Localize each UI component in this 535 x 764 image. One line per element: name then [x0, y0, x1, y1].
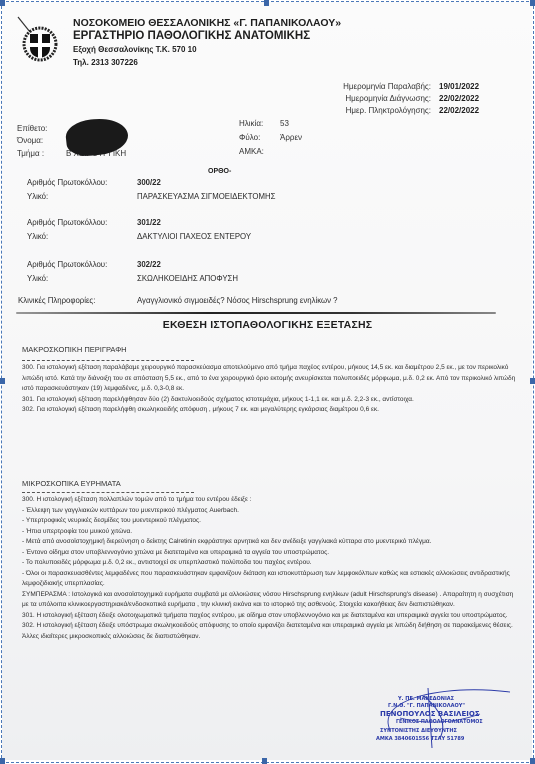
protocol-value: 301/22 — [137, 218, 161, 227]
micro-line: - Μετά από ανοσοϊστοχημική διερεύνηση ο … — [22, 537, 517, 548]
material-label: Υλικό: — [27, 232, 48, 241]
age-label: Ηλικία: — [239, 119, 263, 128]
resize-handle-bottom[interactable] — [262, 758, 267, 764]
resize-handle-right[interactable] — [530, 378, 535, 384]
micro-text: 300. Η ιστολογική εξέταση πολλαπλών τομώ… — [22, 495, 517, 642]
resize-handle-bottom-right[interactable] — [530, 758, 535, 764]
micro-title: ΜΙΚΡΟΣΚΟΠΙΚΑ ΕΥΡΗΜΑΤΑ — [22, 479, 121, 488]
lab-name: ΕΡΓΑΣΤΗΡΙΟ ΠΑΘΟΛΟΓΙΚΗΣ ΑΝΑΤΟΜΙΚΗΣ — [73, 30, 310, 42]
surname-label: Επίθετο: — [17, 124, 47, 133]
micro-line: - Το πολυποειδές μόρφωμα μ.δ. 0,2 εκ., α… — [22, 558, 517, 569]
signature-stamp: Υ. ΠΕ. ΜΑΚΕΔΟΝΙΑΣ Γ.Ν.Θ. "Γ. ΠΑΠΑΝΙΚΟΛΑΟ… — [380, 688, 520, 754]
material-label: Υλικό: — [27, 274, 48, 283]
report-title: ΕΚΘΕΣΗ ΙΣΤΟΠΑΘΟΛΟΓΙΚΗΣ ΕΞΕΤΑΣΗΣ — [0, 319, 535, 331]
department-label: Τμήμα : — [17, 149, 44, 158]
protocol-value: 302/22 — [137, 260, 161, 269]
macro-paragraph: 300. Για ιστολογική εξέταση παραλάβαμε χ… — [22, 363, 517, 395]
material-label: Υλικό: — [27, 192, 48, 201]
material-value: ΣΚΩΛΗΚΟΕΙΔΗΣ ΑΠΟΦΥΣΗ — [137, 274, 238, 283]
resize-handle-top-right[interactable] — [530, 0, 535, 6]
clinical-info-label: Κλινικές Πληροφορίες: — [18, 296, 95, 305]
conclusion: ΣΥΜΠΕΡΑΣΜΑ : Ιστολογικά και ανοσοϊστοχημ… — [22, 590, 517, 611]
greek-coat-of-arms-icon — [16, 16, 60, 62]
macro-paragraph: 301. Για ιστολογική εξέταση παρελήφθησαν… — [22, 395, 517, 406]
handwritten-annotation: ΟΡΘΟ- — [208, 168, 231, 175]
name-label: Όνομα: — [17, 136, 43, 145]
macro-title: ΜΑΚΡΟΣΚΟΠΙΚΗ ΠΕΡΙΓΡΑΦΗ — [22, 345, 127, 354]
clinical-info-value: Αγαγγλιονικό σιγμοειδές? Νόσος Hirschspr… — [137, 296, 338, 305]
hospital-name: ΝΟΣΟΚΟΜΕΙΟ ΘΕΣΣΑΛΟΝΙΚΗΣ «Γ. ΠΑΠΑΝΙΚΟΛΑΟΥ… — [73, 17, 341, 29]
phone: Τηλ. 2313 307226 — [73, 58, 138, 67]
sex-label: Φύλο: — [239, 133, 260, 142]
dates-block: Ημερομηνία Παραλαβής: 19/01/2022 Ημερομη… — [290, 80, 479, 116]
resize-handle-top-left[interactable] — [0, 0, 5, 6]
protocol-value: 300/22 — [137, 178, 161, 187]
micro-line: - Ήπια υπερτροφία του μυικού χιτώνα. — [22, 527, 517, 538]
date-received: Ημερομηνία Παραλαβής: 19/01/2022 — [290, 80, 479, 92]
micro-line: 300. Η ιστολογική εξέταση πολλαπλών τομώ… — [22, 495, 517, 506]
sex-value: Άρρεν — [280, 133, 302, 142]
micro-line: - Έλλειψη των γαγγλιακών κυττάρων του μυ… — [22, 506, 517, 517]
micro-underline — [22, 492, 194, 493]
micro-line: 302. Η ιστολογική εξέταση έδειξε υπόστρω… — [22, 621, 517, 642]
resize-handle-left[interactable] — [0, 378, 5, 384]
micro-line: - Υπερτροφικές νευρικές δεσμίδες του μυε… — [22, 516, 517, 527]
age-value: 53 — [280, 119, 289, 128]
date-typed: Ημερ. Πληκτρολόγησης: 22/02/2022 — [290, 104, 479, 116]
section-divider — [16, 312, 496, 314]
protocol-label: Αριθμός Πρωτοκόλλου: — [27, 260, 107, 269]
micro-line: - Έντονο οίδημα στον υποβλεννογόνιο χιτώ… — [22, 548, 517, 559]
micro-line: 301. Η ιστολογική εξέταση έδειξε ολοτοιχ… — [22, 611, 517, 622]
material-value: ΠΑΡΑΣΚΕΥΑΣΜΑ ΣΙΓΜΟΕΙΔΕΚΤΟΜΗΣ — [137, 192, 275, 201]
material-value: ΔΑΚΤΥΛΙΟΙ ΠΑΧΕΟΣ ΕΝΤΕΡΟΥ — [137, 232, 251, 241]
macro-paragraph: 302. Για ιστολογική εξέταση παρελήφθη σκ… — [22, 405, 517, 416]
macro-underline — [22, 360, 194, 361]
resize-handle-top[interactable] — [264, 0, 269, 6]
protocol-label: Αριθμός Πρωτοκόλλου: — [27, 178, 107, 187]
micro-line: - Όλοι οι παρασκευασθέντες λεμφαδένες πο… — [22, 569, 517, 590]
resize-handle-bottom-left[interactable] — [0, 758, 5, 764]
macro-text: 300. Για ιστολογική εξέταση παραλάβαμε χ… — [22, 363, 517, 416]
amka-label: ΑΜΚΑ: — [239, 147, 264, 156]
protocol-label: Αριθμός Πρωτοκόλλου: — [27, 218, 107, 227]
date-diagnosis: Ημερομηνία Διάγνωσης: 22/02/2022 — [290, 92, 479, 104]
address: Εξοχή Θεσσαλονίκης Τ.Κ. 570 10 — [73, 45, 197, 54]
